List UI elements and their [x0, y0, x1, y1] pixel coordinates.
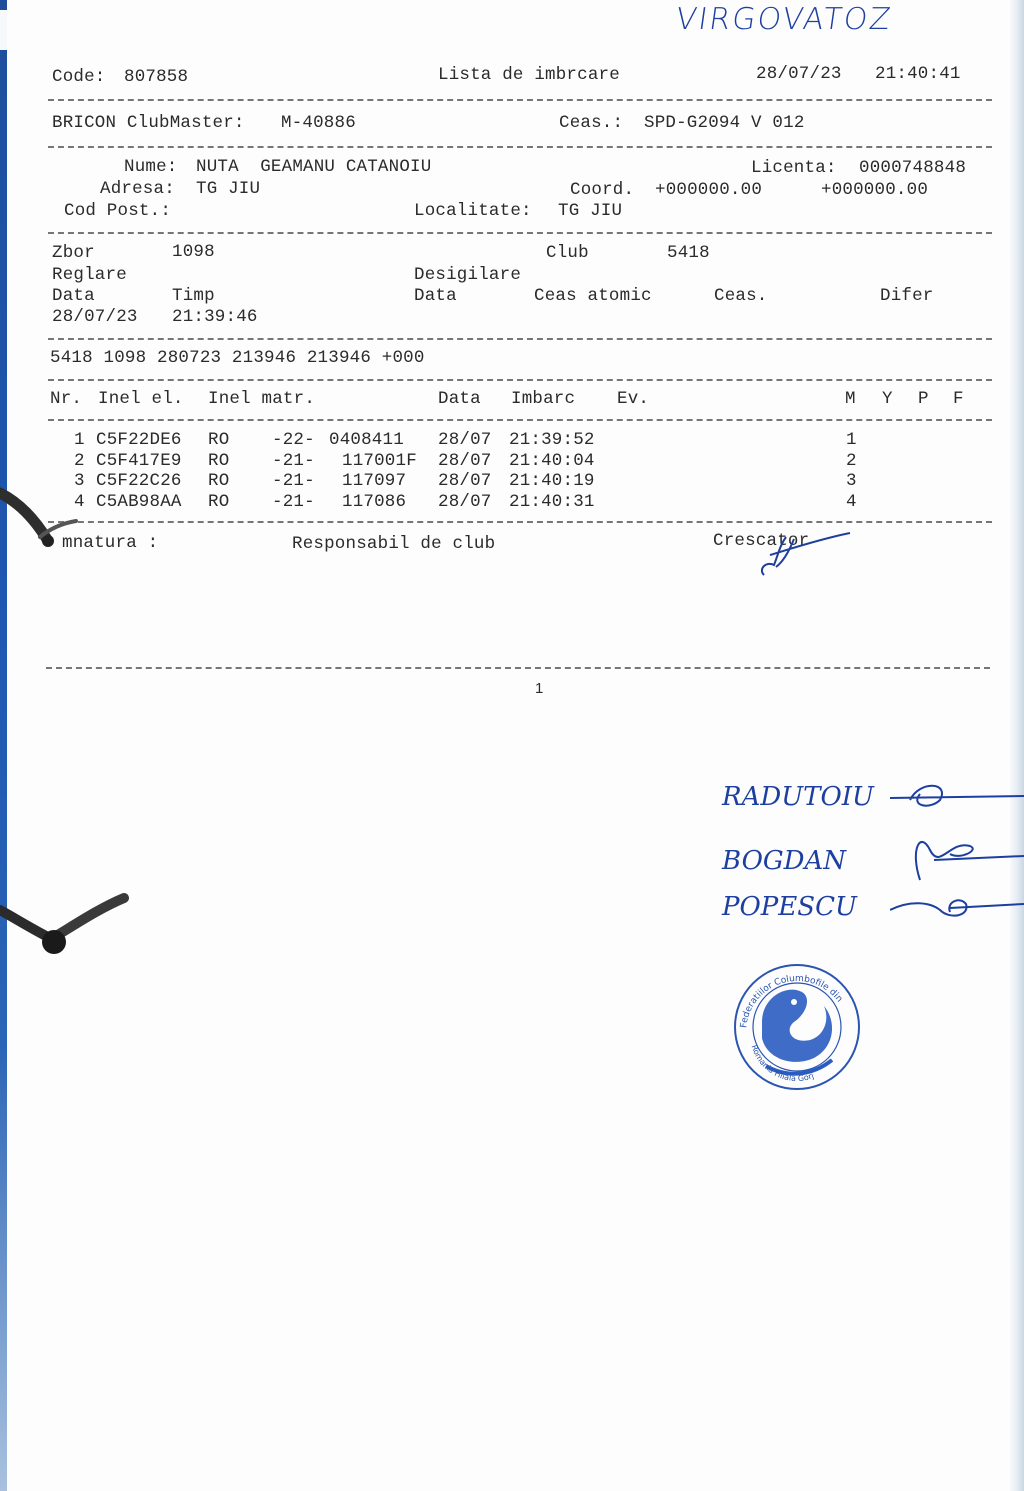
ceas-value: SPD-G2094 V 012	[644, 113, 805, 133]
cell-imbarc: 21:40:19	[509, 471, 595, 491]
cell-m: 4	[846, 492, 857, 512]
cell-country: RO	[208, 430, 229, 450]
desig-ceas-atomic-label: Ceas atomic	[534, 286, 652, 306]
licenta-label: Licenta:	[751, 158, 837, 178]
cell-matr: 117001F	[342, 451, 417, 471]
adresa-value: TG JIU	[196, 179, 260, 199]
committee-member-name: POPESCU	[722, 892, 857, 922]
licenta-value: 0000748848	[859, 158, 966, 178]
nume-label: Nume:	[124, 157, 178, 177]
cell-year: -21-	[272, 492, 315, 512]
divider	[48, 99, 992, 101]
col-inel-el: Inel el.	[98, 389, 184, 409]
federation-stamp: Federatiilor Columbofile din Romania Fil…	[732, 962, 862, 1092]
desig-difer-label: Difer	[880, 286, 934, 306]
committee-member-name: RADUTOIU	[722, 782, 874, 812]
responsabil-label: Responsabil de club	[292, 534, 495, 554]
divider	[48, 521, 992, 523]
cell-inel-el: C5F417E9	[96, 451, 182, 471]
binder-clip-top	[0, 485, 80, 555]
cell-nr: 2	[74, 451, 85, 471]
zbor-value: 1098	[172, 242, 215, 262]
col-data: Data	[438, 389, 481, 409]
code-value: 807858	[124, 67, 188, 87]
committee-signature-marks	[890, 770, 1024, 940]
adresa-label: Adresa:	[100, 179, 175, 199]
ceas-label: Ceas.:	[559, 113, 623, 133]
cell-matr: 117086	[342, 492, 406, 512]
cell-data: 28/07	[438, 492, 492, 512]
clubmaster-label: BRICON ClubMaster:	[52, 113, 245, 133]
paper-sheet	[7, 0, 1010, 1491]
page-number: 1	[535, 679, 544, 699]
cell-nr: 1	[74, 430, 85, 450]
cell-m: 1	[846, 430, 857, 450]
coord-label: Coord.	[570, 180, 634, 200]
cell-country: RO	[208, 471, 229, 491]
coord-x: +000000.00	[655, 180, 762, 200]
divider	[48, 419, 992, 421]
header-time: 21:40:41	[875, 64, 961, 84]
divider	[48, 146, 992, 148]
cod-post-label: Cod Post.:	[64, 201, 171, 221]
header-date: 28/07/23	[756, 64, 842, 84]
code-label: Code:	[52, 67, 106, 87]
binder-clip-bottom	[0, 890, 130, 960]
cell-inel-el: C5F22DE6	[96, 430, 182, 450]
desigilare-label: Desigilare	[414, 265, 521, 285]
localitate-value: TG JIU	[558, 201, 622, 221]
cell-year: -21-	[272, 451, 315, 471]
cell-m: 3	[846, 471, 857, 491]
cell-data: 28/07	[438, 451, 492, 471]
cell-matr: 117097	[342, 471, 406, 491]
reglare-label: Reglare	[52, 265, 127, 285]
summary-line: 5418 1098 280723 213946 213946 +000	[50, 348, 425, 368]
club-label: Club	[546, 243, 589, 263]
cell-country: RO	[208, 451, 229, 471]
col-inel-matr: Inel matr.	[208, 389, 315, 409]
cell-data: 28/07	[438, 430, 492, 450]
cell-imbarc: 21:40:04	[509, 451, 595, 471]
cell-imbarc: 21:40:31	[509, 492, 595, 512]
col-m: M	[845, 389, 856, 409]
divider	[48, 232, 992, 234]
divider	[46, 667, 990, 669]
reglare-data-value: 28/07/23	[52, 307, 138, 327]
col-ev: Ev.	[617, 389, 649, 409]
document-title: Lista de imbrcare	[438, 65, 620, 85]
desig-ceas-label: Ceas.	[714, 286, 768, 306]
cell-year: -22-	[272, 430, 315, 450]
reglare-data-label: Data	[52, 286, 95, 306]
divider	[48, 338, 992, 340]
coord-y: +000000.00	[821, 180, 928, 200]
handwritten-top-name: VIRGOVATOZ	[674, 2, 895, 37]
reglare-timp-value: 21:39:46	[172, 307, 258, 327]
nume-value: NUTA GEAMANU CATANOIU	[196, 157, 431, 177]
col-p: P	[918, 389, 929, 409]
zbor-label: Zbor	[52, 243, 95, 263]
reglare-timp-label: Timp	[172, 286, 215, 306]
club-value: 5418	[667, 243, 710, 263]
col-imbarc: Imbarc	[511, 389, 575, 409]
background-edge-left	[0, 0, 7, 1491]
background-edge-gap	[0, 10, 7, 50]
cell-m: 2	[846, 451, 857, 471]
localitate-label: Localitate:	[414, 201, 532, 221]
cell-inel-el: C5F22C26	[96, 471, 182, 491]
col-f: F	[953, 389, 964, 409]
cell-data: 28/07	[438, 471, 492, 491]
cell-inel-el: C5AB98AA	[96, 492, 182, 512]
cell-imbarc: 21:39:52	[509, 430, 595, 450]
desig-data-label: Data	[414, 286, 457, 306]
col-y: Y	[882, 389, 893, 409]
cell-country: RO	[208, 492, 229, 512]
divider	[48, 379, 992, 381]
col-nr: Nr.	[50, 389, 82, 409]
background-edge-right	[1010, 0, 1024, 1491]
cell-year: -21-	[272, 471, 315, 491]
clubmaster-value: M-40886	[281, 113, 356, 133]
crescator-signature	[750, 525, 860, 585]
committee-member-name: BOGDAN	[722, 846, 846, 876]
